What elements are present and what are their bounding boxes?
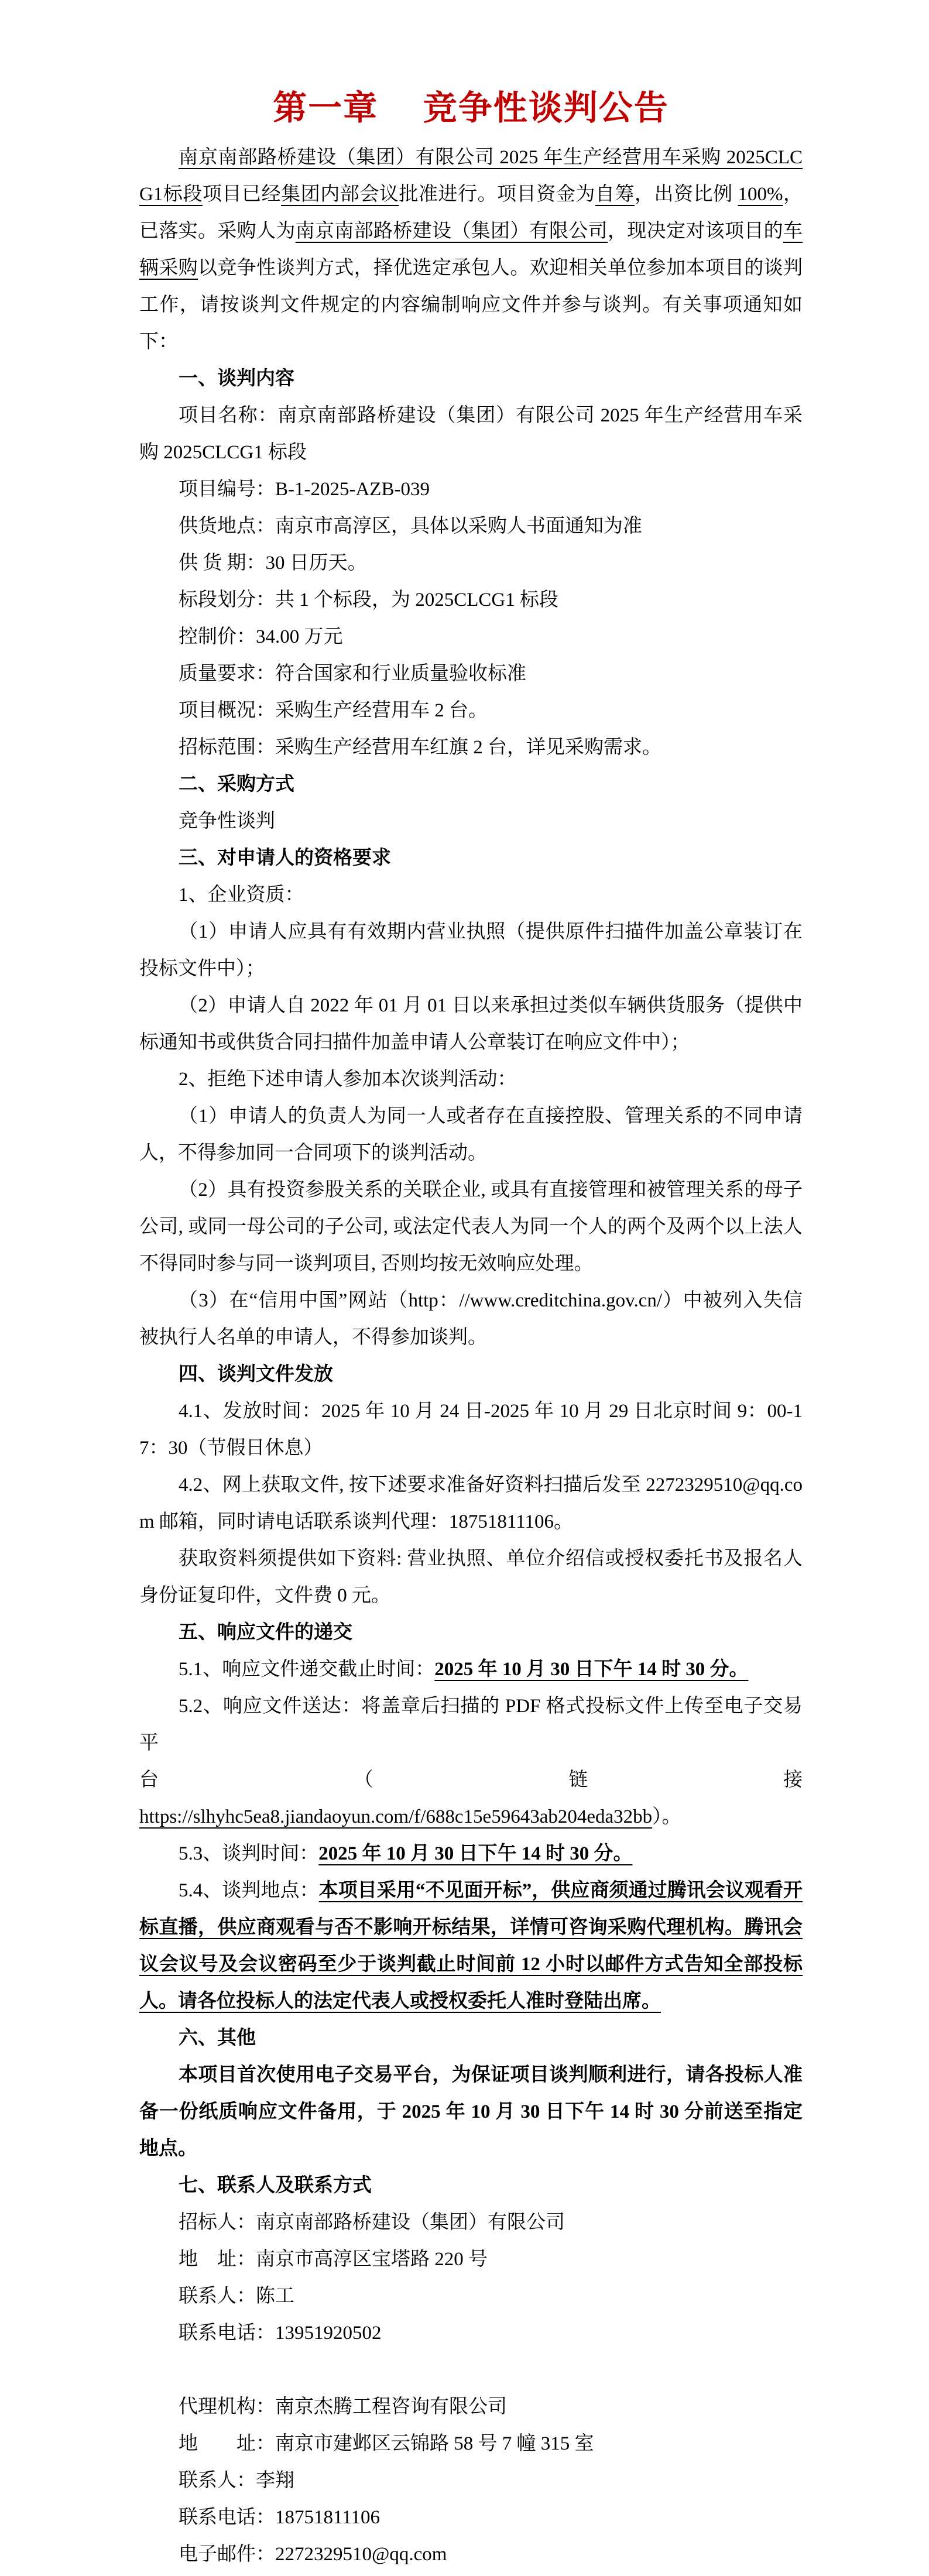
text-run: 竞争性谈判 <box>179 811 275 832</box>
text-run: 4.2、网上获取文件, 按下述要求准备好资料扫描后发至 2272329510@q… <box>139 1474 803 1532</box>
text-run: 批准进行。项目资金为 <box>399 184 595 205</box>
text-run: 联系电话：18751811106 <box>179 2507 380 2528</box>
text-run: 2025 年 10 月 30 日下午 14 时 30 分。 <box>318 1843 632 1864</box>
text-run: 项目名称：南京南部路桥建设（集团）有限公司 2025 年生产经营用车采购 202… <box>139 405 803 463</box>
text-run: （1）申请人应具有有效期内营业执照（提供原件扫描件加盖公章装订在投标文件中）； <box>139 921 803 979</box>
document-page: 第一章 竞争性谈判公告 南京南部路桥建设（集团）有限公司 2025 年生产经营用… <box>0 0 929 2576</box>
paragraph: 南京南部路桥建设（集团）有限公司 2025 年生产经营用车采购 2025CLCG… <box>139 139 803 361</box>
paragraph: https://slhyhc5ea8.jiandaoyun.com/f/688c… <box>139 1799 803 1836</box>
text-run: 1、企业资质： <box>179 884 304 905</box>
section-heading: 四、谈判文件发放 <box>139 1356 803 1393</box>
paragraph: 电子邮件：2272329510@qq.com <box>139 2536 803 2573</box>
paragraph: （1）申请人应具有有效期内营业执照（提供原件扫描件加盖公章装订在投标文件中）； <box>139 914 803 987</box>
text-run: （1）申请人的负责人为同一人或者存在直接控股、管理关系的不同申请人，不得参加同一… <box>139 1106 803 1164</box>
text-run: 六、其他 <box>179 2028 256 2049</box>
paragraph: 标段划分：共 1 个标段，为 2025CLCG1 标段 <box>139 582 803 619</box>
text-run: ，出资比例 <box>635 184 738 205</box>
text-run: 四、谈判文件发放 <box>179 1364 333 1385</box>
paragraph: 控制价：34.00 万元 <box>139 619 803 656</box>
text-run: 南京南部路桥建设（集团）有限公司 <box>296 221 608 242</box>
url-text: https://slhyhc5ea8.jiandaoyun.com/f/688c… <box>139 1806 652 1827</box>
paragraph: 代理机构：南京杰腾工程咨询有限公司 <box>139 2389 803 2426</box>
section-heading: 五、响应文件的递交 <box>139 1614 803 1651</box>
chapter-title: 第一章 竞争性谈判公告 <box>139 87 803 130</box>
text-run: 100% <box>738 184 783 205</box>
text-run: 项目概况：采购生产经营用车 2 台。 <box>179 700 488 721</box>
text-run: 招标范围：采购生产经营用车红旗 2 台，详见采购需求。 <box>179 737 661 758</box>
text-run: 招标人：南京南部路桥建设（集团）有限公司 <box>179 2212 565 2233</box>
text-run: （2）具有投资参股关系的关联企业, 或具有直接管理和被管理关系的母子公司, 或同… <box>139 1179 803 1274</box>
spread-char: （ <box>354 1762 373 1799</box>
paragraph: 本项目首次使用电子交易平台，为保证项目谈判顺利进行，请各投标人准备一份纸质响应文… <box>139 2057 803 2167</box>
text-run: 联系电话：13951920502 <box>179 2323 382 2344</box>
paragraph: 招标人：南京南部路桥建设（集团）有限公司 <box>139 2204 803 2241</box>
paragraph: 5.2、响应文件送达：将盖章后扫描的 PDF 格式投标文件上传至电子交易平 <box>139 1688 803 1762</box>
text-run: 质量要求：符合国家和行业质量验收标准 <box>179 663 526 684</box>
paragraph: 1、企业资质： <box>139 877 803 914</box>
text-run: 5.3、谈判时间： <box>179 1843 318 1864</box>
text-run: 五、响应文件的递交 <box>179 1622 352 1643</box>
paragraph: 供货地点：南京市高淳区，具体以采购人书面通知为准 <box>139 508 803 545</box>
paragraph: 联系人：陈工 <box>139 2278 803 2315</box>
email-text: 电子邮件：2272329510@qq.com <box>179 2544 447 2565</box>
paragraph: （3）在“信用中国”网站（http：//www.creditchina.gov.… <box>139 1282 803 1356</box>
paragraph: 地 址：南京市高淳区宝塔路 220 号 <box>139 2241 803 2278</box>
paragraph: 5.4、谈判地点：本项目采用“不见面开标”，供应商须通过腾讯会议观看开标直播，供… <box>139 1872 803 2020</box>
text-run: 地 址：南京市高淳区宝塔路 220 号 <box>179 2249 488 2270</box>
paragraph: 联系人：李翔 <box>139 2462 803 2499</box>
spread-char: 台 <box>139 1762 159 1799</box>
paragraph: 供 货 期：30 日历天。 <box>139 545 803 582</box>
paragraph: 4.2、网上获取文件, 按下述要求准备好资料扫描后发至 2272329510@q… <box>139 1467 803 1541</box>
text-run: 以竞争性谈判方式，择优选定承包人。欢迎相关单位参加本项目的谈判工作，请按谈判文件… <box>139 258 803 352</box>
text-run: （3）在“信用中国”网站（http：//www.creditchina.gov.… <box>139 1290 803 1348</box>
text-run: 5.1、响应文件递交截止时间： <box>179 1659 434 1680</box>
section-heading: 六、其他 <box>139 2020 803 2057</box>
paragraph: 5.1、响应文件递交截止时间：2025 年 10 月 30 日下午 14 时 3… <box>139 1651 803 1688</box>
text-run: 项目编号：B-1-2025-AZB-039 <box>179 479 430 500</box>
text-run: 供 货 期：30 日历天。 <box>179 553 367 574</box>
text-run: 二、采购方式 <box>179 774 294 795</box>
paragraph: 4.1、发放时间：2025 年 10 月 24 日-2025 年 10 月 29… <box>139 1393 803 1467</box>
text-run: 集团内部会议 <box>281 184 399 205</box>
text-run: 2、拒绝下述申请人参加本次谈判活动： <box>179 1069 517 1090</box>
text-run: 代理机构：南京杰腾工程咨询有限公司 <box>179 2396 507 2417</box>
text-run: 一、谈判内容 <box>179 368 294 389</box>
text-run: ，现决定对该项目的 <box>608 221 783 242</box>
document-body: 南京南部路桥建设（集团）有限公司 2025 年生产经营用车采购 2025CLCG… <box>139 139 803 2573</box>
paragraph: 质量要求：符合国家和行业质量验收标准 <box>139 656 803 692</box>
text-run: 5.4、谈判地点： <box>179 1880 319 1901</box>
text-run: 供货地点：南京市高淳区，具体以采购人书面通知为准 <box>179 516 642 537</box>
spread-char: 接 <box>783 1762 803 1799</box>
text-run: 标段划分：共 1 个标段，为 2025CLCG1 标段 <box>179 589 558 610</box>
justified-spread-line: 台（链接 <box>139 1762 803 1799</box>
paragraph: 竞争性谈判 <box>139 803 803 840</box>
text-run: （2）申请人自 2022 年 01 月 01 日以来承担过类似车辆供货服务（提供… <box>139 995 803 1053</box>
text-run: 4.1、发放时间：2025 年 10 月 24 日-2025 年 10 月 29… <box>139 1401 803 1459</box>
paragraph: （2）具有投资参股关系的关联企业, 或具有直接管理和被管理关系的母子公司, 或同… <box>139 1172 803 1282</box>
text-run: ）。 <box>652 1806 681 1827</box>
blank-line <box>139 2352 803 2389</box>
text-run: 获取资料须提供如下资料: 营业执照、单位介绍信或授权委托书及报名人身份证复印件，… <box>139 1548 803 1606</box>
text-run: 自筹 <box>595 184 635 205</box>
paragraph: （2）申请人自 2022 年 01 月 01 日以来承担过类似车辆供货服务（提供… <box>139 987 803 1061</box>
text-run: 控制价：34.00 万元 <box>179 626 343 647</box>
spread-char: 链 <box>568 1762 588 1799</box>
text-run: 2025 年 10 月 30 日下午 14 时 30 分。 <box>434 1659 748 1680</box>
paragraph: 项目概况：采购生产经营用车 2 台。 <box>139 692 803 729</box>
text-run: 项目已经 <box>203 184 281 205</box>
paragraph: 获取资料须提供如下资料: 营业执照、单位介绍信或授权委托书及报名人身份证复印件，… <box>139 1541 803 1614</box>
section-heading: 七、联系人及联系方式 <box>139 2167 803 2204</box>
paragraph: 招标范围：采购生产经营用车红旗 2 台，详见采购需求。 <box>139 729 803 766</box>
paragraph: 项目名称：南京南部路桥建设（集团）有限公司 2025 年生产经营用车采购 202… <box>139 397 803 471</box>
text-run: 联系人：陈工 <box>179 2286 294 2307</box>
section-heading: 三、对申请人的资格要求 <box>139 840 803 877</box>
text-run: 联系人：李翔 <box>179 2470 294 2491</box>
text-run: 地 址：南京市建邺区云锦路 58 号 7 幢 315 室 <box>179 2433 594 2454</box>
paragraph: 项目编号：B-1-2025-AZB-039 <box>139 471 803 508</box>
paragraph: 地 址：南京市建邺区云锦路 58 号 7 幢 315 室 <box>139 2426 803 2462</box>
paragraph: （1）申请人的负责人为同一人或者存在直接控股、管理关系的不同申请人，不得参加同一… <box>139 1098 803 1172</box>
paragraph: 5.3、谈判时间：2025 年 10 月 30 日下午 14 时 30 分。 <box>139 1836 803 1872</box>
paragraph: 联系电话：18751811106 <box>139 2499 803 2536</box>
paragraph: 2、拒绝下述申请人参加本次谈判活动： <box>139 1061 803 1098</box>
text-run: 5.2、响应文件送达：将盖章后扫描的 PDF 格式投标文件上传至电子交易平 <box>139 1696 803 1754</box>
paragraph: 联系电话：13951920502 <box>139 2315 803 2352</box>
section-heading: 一、谈判内容 <box>139 361 803 397</box>
section-heading: 二、采购方式 <box>139 766 803 803</box>
text-run: 三、对申请人的资格要求 <box>179 848 391 869</box>
text-run: 七、联系人及联系方式 <box>179 2175 372 2196</box>
text-run: 本项目首次使用电子交易平台，为保证项目谈判顺利进行，请各投标人准备一份纸质响应文… <box>139 2064 803 2159</box>
